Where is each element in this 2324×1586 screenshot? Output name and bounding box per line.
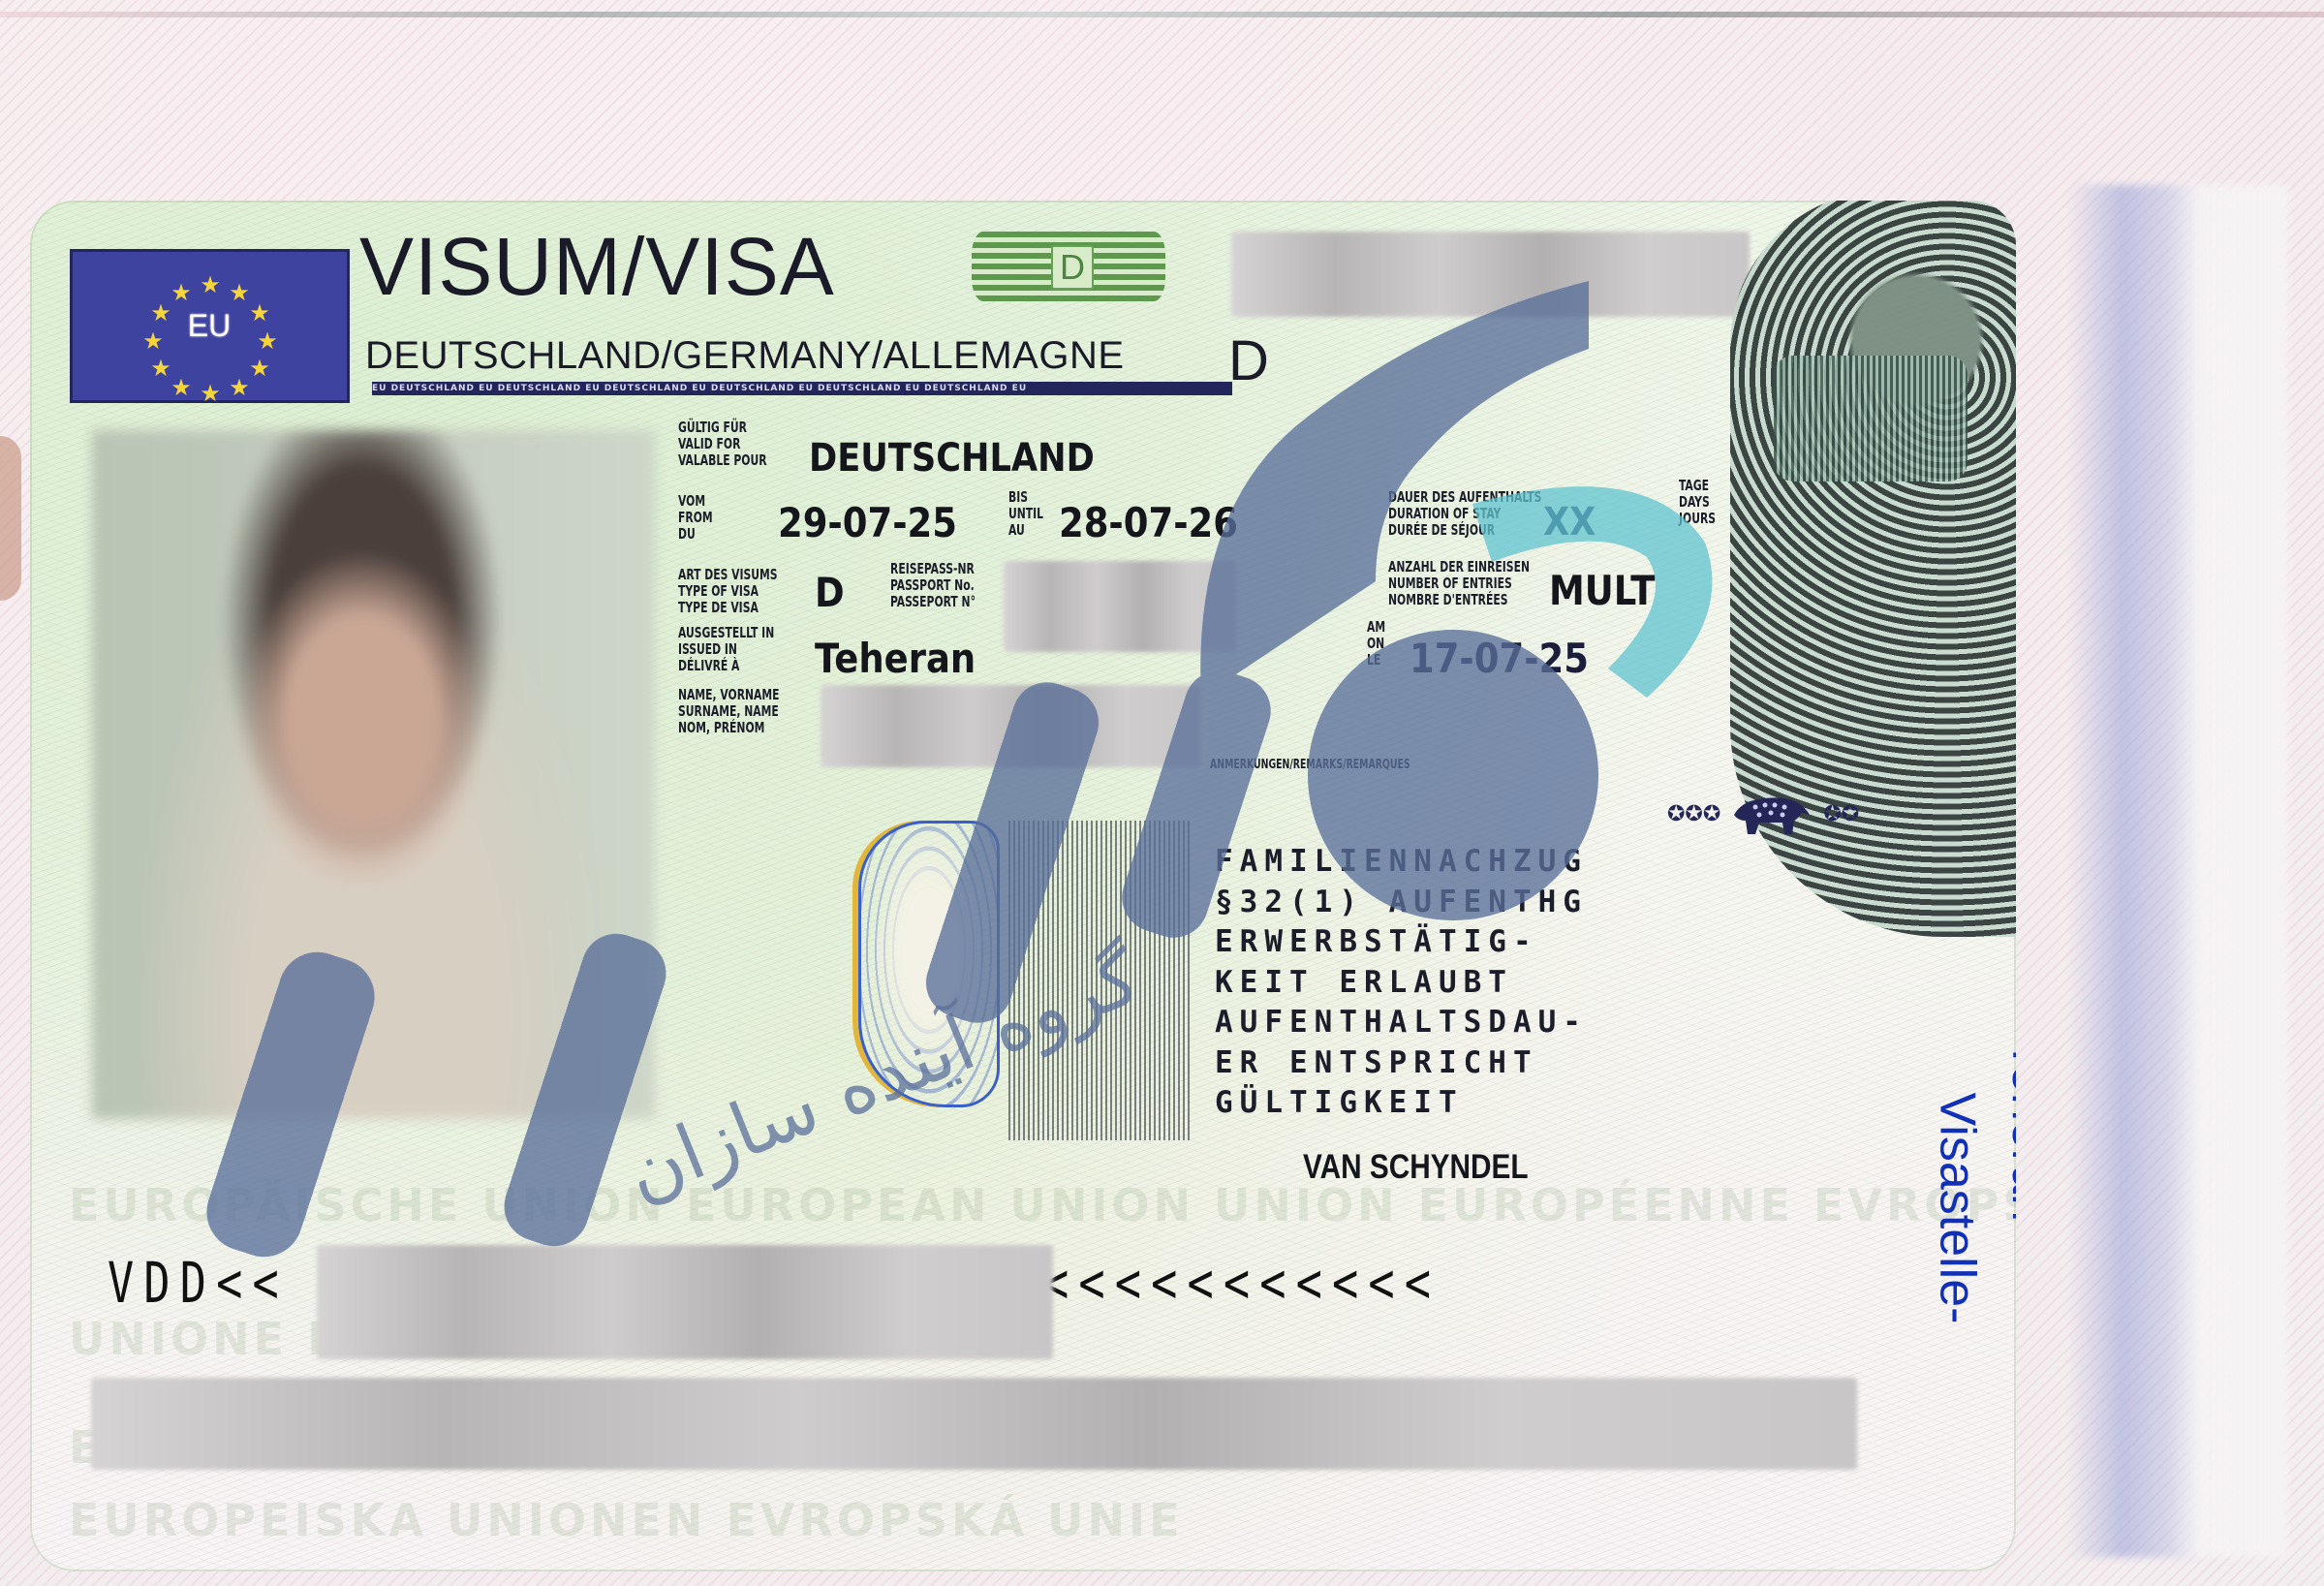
- microprint-row: EUROPÄISCHE UNION EUROPEAN UNION UNION E…: [69, 1179, 2016, 1231]
- eu-star-icon: ★: [248, 301, 271, 325]
- value-issued-on: 17-07-25: [1410, 638, 1589, 679]
- eu-star-icon: ★: [141, 329, 165, 353]
- eu-flag-label: EU: [180, 308, 238, 344]
- left-binding-mark: [0, 436, 21, 601]
- kinegram-pattern: [1008, 821, 1193, 1140]
- label-until: BISUNTILAU: [1008, 489, 1043, 539]
- microtext-band: EU DEUTSCHLAND EU DEUTSCHLAND EU DEUTSCH…: [372, 382, 1232, 395]
- page-top-edge: [0, 12, 2324, 17]
- eu-star-icon: ★: [199, 382, 222, 405]
- value-issued-in: Teheran: [815, 638, 976, 679]
- remarks-text: FAMILIENNACHZUG§32(1) AUFENTHGERWERBSTÄT…: [1215, 842, 1588, 1124]
- eu-star-icon: ★: [228, 376, 251, 399]
- value-valid-for: DEUTSCHLAND: [809, 439, 1095, 478]
- eu-star-icon: ★: [149, 301, 172, 325]
- remarks-line: GÜLTIGKEIT: [1215, 1083, 1588, 1124]
- consular-signature: VAN SCHYNDEL: [1303, 1148, 1529, 1187]
- label-issued-in: AUSGESTELLT INISSUED INDÉLIVRÉ À: [678, 625, 774, 674]
- label-duration-unit: TAGEDAYSJOURS: [1679, 478, 1716, 527]
- star-icon: ✪✪: [1823, 802, 1859, 826]
- eu-flag: ★ ★ ★ ★ ★ ★ ★ ★ ★ ★ ★ ★ EU: [70, 249, 350, 403]
- remarks-line: AUFENTHALTSDAU-: [1215, 1003, 1588, 1043]
- label-issued-on: AMONLE: [1367, 619, 1385, 669]
- stamp-line: Teheran: [2000, 1040, 2016, 1222]
- label-remarks: ANMERKUNGEN/REMARKS/REMARQUES: [1210, 757, 1410, 773]
- security-panel: [1774, 356, 1968, 482]
- label-entries: ANZAHL DER EINREISENNUMBER OF ENTRIESNOM…: [1388, 559, 1530, 608]
- label-duration: DAUER DES AUFENTHALTSDURATION OF STAYDUR…: [1388, 489, 1541, 539]
- remarks-line: ER ENTSPRICHT: [1215, 1043, 1588, 1084]
- redacted-adjacent-stamp: [2067, 185, 2287, 1557]
- emblem-letter: D: [1051, 245, 1094, 290]
- d-security-emblem: D: [972, 232, 1165, 301]
- star-icon: ✪✪✪: [1667, 802, 1720, 826]
- hologram-seal: [858, 821, 1000, 1107]
- visa-title: VISUM/VISA: [359, 226, 835, 307]
- rhino-star-emblem: ✪✪✪✪✪: [1667, 793, 1859, 836]
- visa-sticker: EUROPÄISCHE UNION EUROPEAN UNION UNION E…: [30, 201, 2016, 1571]
- redacted-mrz-line-1: [317, 1245, 1053, 1359]
- label-valid-for: GÜLTIG FÜRVALID FORVALABLE POUR: [678, 420, 767, 469]
- label-from: VOMFROMDU: [678, 493, 713, 543]
- value-from: 29-07-25: [778, 503, 957, 544]
- rhino-icon: [1730, 793, 1813, 836]
- redacted-passport-number: [1004, 561, 1236, 652]
- redacted-mrz-line-2: [91, 1378, 1857, 1470]
- value-until: 28-07-26: [1059, 503, 1238, 544]
- redacted-visa-number: [1231, 232, 1750, 317]
- issuing-country: DEUTSCHLAND/GERMANY/ALLEMAGNE: [365, 336, 1125, 375]
- redacted-holder-name: [821, 685, 1200, 767]
- value-entries: MULT: [1549, 571, 1655, 611]
- stamp-line: Visastelle-: [1928, 1093, 1986, 1324]
- label-name: NAME, VORNAMESURNAME, NAMENOM, PRÉNOM: [678, 687, 780, 736]
- microprint-row: EUROPEISKA UNIONEN EVROPSKÁ UNIE: [69, 1494, 1184, 1546]
- remarks-line: §32(1) AUFENTHG: [1215, 883, 1588, 923]
- remarks-line: ERWERBSTÄTIG-: [1215, 922, 1588, 963]
- label-type-of-visa: ART DES VISUMSTYPE OF VISATYPE DE VISA: [678, 567, 778, 616]
- value-duration: XX: [1543, 503, 1596, 542]
- eu-star-icon: ★: [248, 357, 271, 380]
- eu-star-icon: ★: [170, 281, 193, 304]
- label-passport-no: REISEPASS-NRPASSPORT No.PASSEPORT N°: [890, 561, 976, 610]
- eu-star-icon: ★: [170, 376, 193, 399]
- issuing-office-stamp: Visastelle- Teheran: [1948, 1014, 2016, 1334]
- remarks-line: FAMILIENNACHZUG: [1215, 842, 1588, 883]
- holder-photo-blurred: [92, 430, 655, 1119]
- country-code: D: [1228, 328, 1269, 393]
- eu-star-icon: ★: [256, 329, 279, 353]
- eu-star-icon: ★: [149, 357, 172, 380]
- eu-star-icon: ★: [199, 273, 222, 296]
- value-type-of-visa: D: [815, 573, 845, 613]
- remarks-line: KEIT ERLAUBT: [1215, 963, 1588, 1004]
